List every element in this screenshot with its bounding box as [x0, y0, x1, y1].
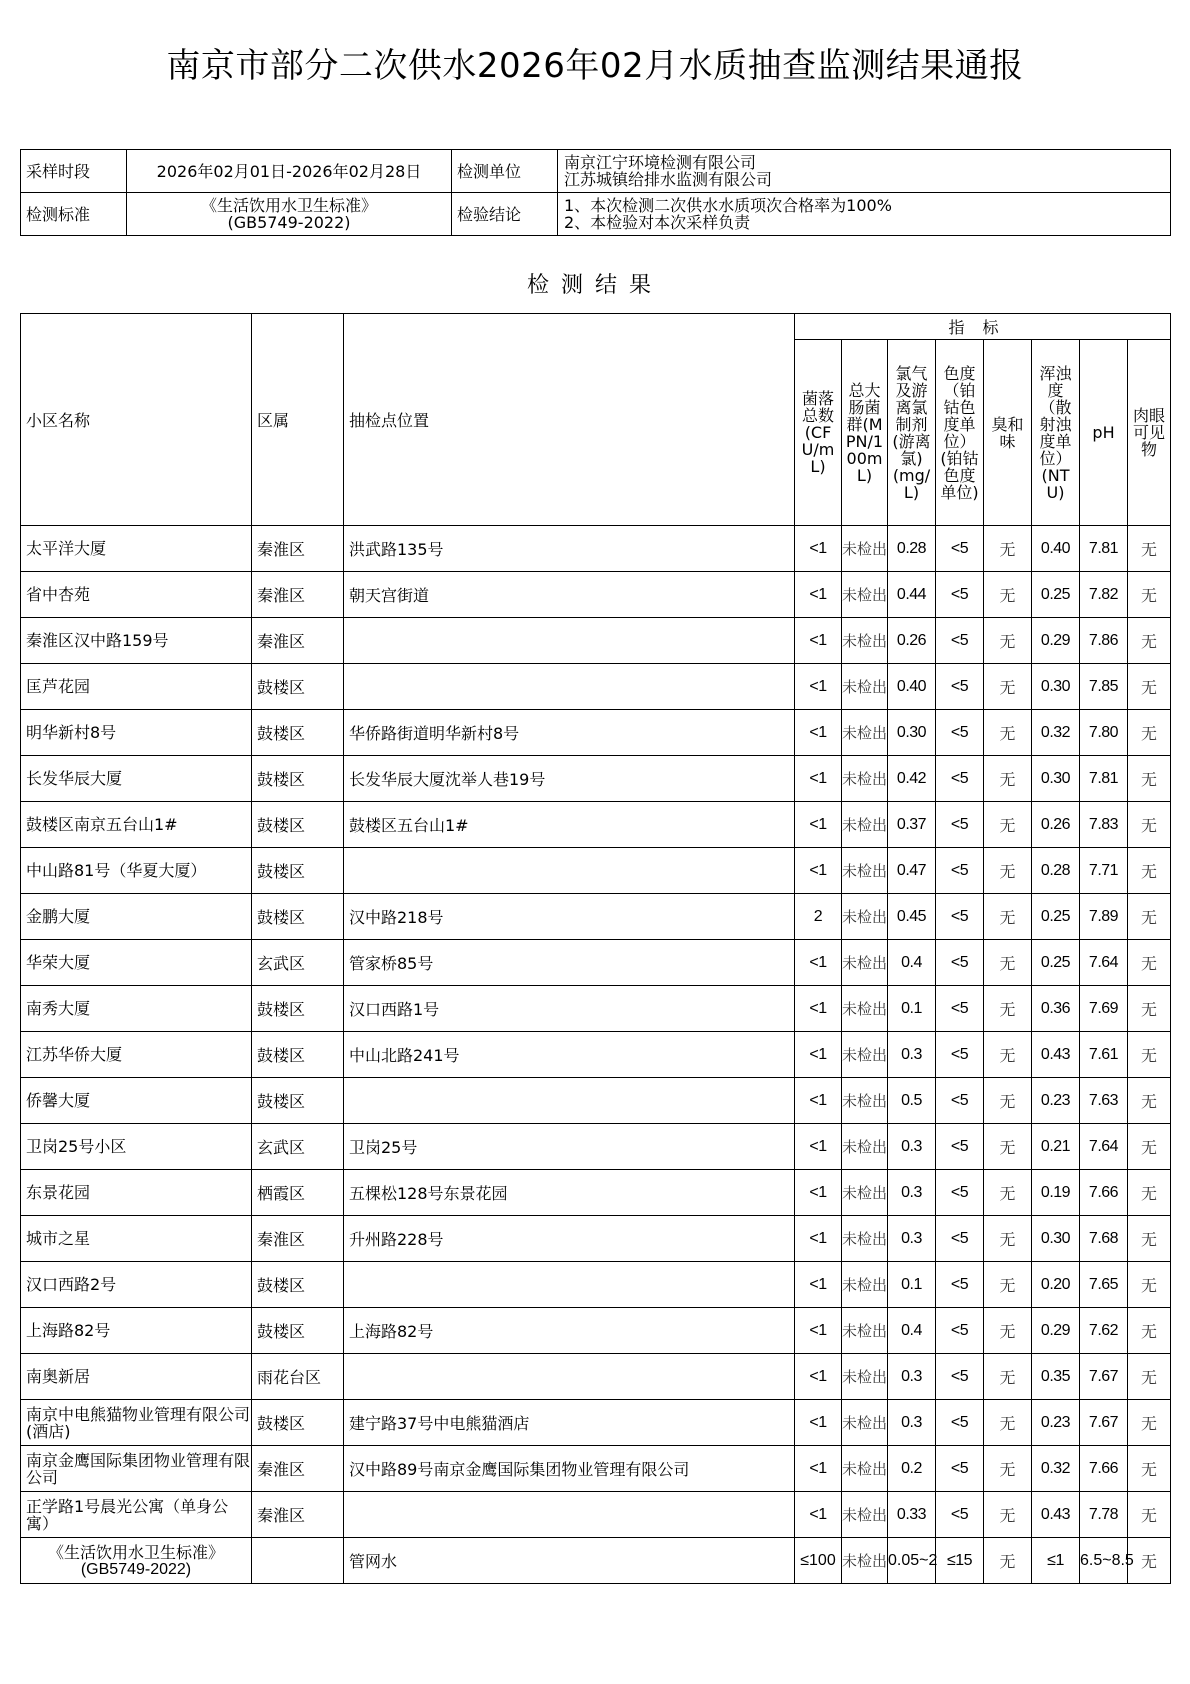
- cell-name: 金鹏大厦: [21, 894, 252, 940]
- sampling-period-label: 采样时段: [21, 150, 127, 193]
- cell-name: 侨馨大厦: [21, 1078, 252, 1124]
- cell-turbidity: 0.25: [1032, 572, 1080, 618]
- table-row: 南京中电熊猫物业管理有限公司(酒店) 鼓楼区 建宁路37号中电熊猫酒店 <1 未…: [21, 1400, 1171, 1446]
- cell-color: <5: [936, 664, 984, 710]
- cell-coliform: 未检出: [842, 1078, 888, 1124]
- cell-chlorine: 0.1: [888, 986, 936, 1032]
- table-row: 汉口西路2号 鼓楼区 <1 未检出 0.1 <5 无 0.20 7.65 无: [21, 1262, 1171, 1308]
- cell-name: 中山路81号（华夏大厦）: [21, 848, 252, 894]
- table-row: 东景花园 栖霞区 五棵松128号东景花园 <1 未检出 0.3 <5 无 0.1…: [21, 1170, 1171, 1216]
- cell-visible: 无: [1128, 1492, 1171, 1538]
- cell-name: 江苏华侨大厦: [21, 1032, 252, 1078]
- table-row: 中山路81号（华夏大厦） 鼓楼区 <1 未检出 0.47 <5 无 0.28 7…: [21, 848, 1171, 894]
- cell-colony: <1: [795, 664, 842, 710]
- cell-name: 汉口西路2号: [21, 1262, 252, 1308]
- standard-line2: (GB5749-2022): [127, 214, 451, 231]
- standard-label: 检测标准: [21, 193, 127, 236]
- cell-coliform: 未检出: [842, 848, 888, 894]
- table-row: 卫岗25号小区 玄武区 卫岗25号 <1 未检出 0.3 <5 无 0.21 7…: [21, 1124, 1171, 1170]
- col-header-indicators: 指标: [795, 314, 1171, 340]
- cell-visible: 无: [1128, 710, 1171, 756]
- cell-turbidity: 0.30: [1032, 1216, 1080, 1262]
- cell-color: <5: [936, 802, 984, 848]
- cell-visible: 无: [1128, 986, 1171, 1032]
- cell-color: <5: [936, 1262, 984, 1308]
- standard-row-name: 《生活饮用水卫生标准》 (GB5749-2022): [21, 1538, 252, 1584]
- cell-color: <5: [936, 1032, 984, 1078]
- cell-district: 雨花台区: [252, 1354, 344, 1400]
- cell-visible: 无: [1128, 1032, 1171, 1078]
- standard-row-name-line1: 《生活饮用水卫生标准》: [21, 1544, 251, 1561]
- cell-colony: <1: [795, 940, 842, 986]
- cell-name: 上海路82号: [21, 1308, 252, 1354]
- cell-name: 卫岗25号小区: [21, 1124, 252, 1170]
- cell-colony: <1: [795, 1354, 842, 1400]
- cell-odor: 无: [984, 1078, 1032, 1124]
- cell-district: 栖霞区: [252, 1170, 344, 1216]
- cell-location: [344, 618, 795, 664]
- cell-odor: 无: [984, 1032, 1032, 1078]
- standard-row-chlorine: 0.05~2: [888, 1538, 936, 1584]
- cell-district: 鼓楼区: [252, 1400, 344, 1446]
- cell-district: 秦淮区: [252, 1446, 344, 1492]
- cell-colony: <1: [795, 1446, 842, 1492]
- cell-visible: 无: [1128, 618, 1171, 664]
- cell-district: 秦淮区: [252, 572, 344, 618]
- cell-odor: 无: [984, 1170, 1032, 1216]
- cell-chlorine: 0.3: [888, 1170, 936, 1216]
- cell-location: 中山北路241号: [344, 1032, 795, 1078]
- cell-odor: 无: [984, 664, 1032, 710]
- cell-ph: 7.82: [1080, 572, 1128, 618]
- cell-colony: <1: [795, 618, 842, 664]
- cell-ph: 7.65: [1080, 1262, 1128, 1308]
- cell-location: 朝天宫街道: [344, 572, 795, 618]
- cell-ph: 7.83: [1080, 802, 1128, 848]
- cell-chlorine: 0.40: [888, 664, 936, 710]
- cell-chlorine: 0.28: [888, 526, 936, 572]
- cell-chlorine: 0.33: [888, 1492, 936, 1538]
- cell-name: 太平洋大厦: [21, 526, 252, 572]
- cell-coliform: 未检出: [842, 940, 888, 986]
- table-row: 上海路82号 鼓楼区 上海路82号 <1 未检出 0.4 <5 无 0.29 7…: [21, 1308, 1171, 1354]
- cell-visible: 无: [1128, 1216, 1171, 1262]
- cell-turbidity: 0.23: [1032, 1078, 1080, 1124]
- cell-district: 秦淮区: [252, 526, 344, 572]
- cell-color: <5: [936, 1216, 984, 1262]
- cell-visible: 无: [1128, 1262, 1171, 1308]
- cell-chlorine: 0.26: [888, 618, 936, 664]
- table-row: 鼓楼区南京五台山1# 鼓楼区 鼓楼区五台山1# <1 未检出 0.37 <5 无…: [21, 802, 1171, 848]
- cell-colony: <1: [795, 526, 842, 572]
- cell-location: 升州路228号: [344, 1216, 795, 1262]
- cell-location: 汉中路218号: [344, 894, 795, 940]
- cell-colony: <1: [795, 1492, 842, 1538]
- cell-name: 长发华辰大厦: [21, 756, 252, 802]
- cell-color: <5: [936, 848, 984, 894]
- cell-ph: 7.64: [1080, 940, 1128, 986]
- cell-odor: 无: [984, 1446, 1032, 1492]
- testing-unit-line1: 南京江宁环境检测有限公司: [564, 154, 1170, 171]
- cell-coliform: 未检出: [842, 1446, 888, 1492]
- cell-name: 南秀大厦: [21, 986, 252, 1032]
- cell-ph: 7.68: [1080, 1216, 1128, 1262]
- table-row: 侨馨大厦 鼓楼区 <1 未检出 0.5 <5 无 0.23 7.63 无: [21, 1078, 1171, 1124]
- cell-chlorine: 0.3: [888, 1354, 936, 1400]
- testing-unit-label: 检测单位: [452, 150, 558, 193]
- cell-color: <5: [936, 1354, 984, 1400]
- cell-coliform: 未检出: [842, 1400, 888, 1446]
- cell-colony: <1: [795, 710, 842, 756]
- cell-color: <5: [936, 710, 984, 756]
- cell-district: 秦淮区: [252, 1216, 344, 1262]
- cell-odor: 无: [984, 710, 1032, 756]
- table-row: 华荣大厦 玄武区 管家桥85号 <1 未检出 0.4 <5 无 0.25 7.6…: [21, 940, 1171, 986]
- table-row: 太平洋大厦 秦淮区 洪武路135号 <1 未检出 0.28 <5 无 0.40 …: [21, 526, 1171, 572]
- cell-color: <5: [936, 1446, 984, 1492]
- cell-location: [344, 664, 795, 710]
- cell-coliform: 未检出: [842, 986, 888, 1032]
- table-row: 省中杏苑 秦淮区 朝天宫街道 <1 未检出 0.44 <5 无 0.25 7.8…: [21, 572, 1171, 618]
- cell-color: <5: [936, 526, 984, 572]
- cell-ph: 7.66: [1080, 1446, 1128, 1492]
- cell-color: <5: [936, 756, 984, 802]
- cell-odor: 无: [984, 572, 1032, 618]
- cell-visible: 无: [1128, 1308, 1171, 1354]
- standard-row-coliform: 未检出: [842, 1538, 888, 1584]
- cell-turbidity: 0.32: [1032, 710, 1080, 756]
- cell-coliform: 未检出: [842, 664, 888, 710]
- cell-district: 鼓楼区: [252, 802, 344, 848]
- cell-ph: 7.85: [1080, 664, 1128, 710]
- cell-chlorine: 0.3: [888, 1124, 936, 1170]
- col-header-ph: pH: [1080, 340, 1128, 526]
- cell-district: 鼓楼区: [252, 986, 344, 1032]
- cell-turbidity: 0.30: [1032, 664, 1080, 710]
- cell-ph: 7.64: [1080, 1124, 1128, 1170]
- cell-location: [344, 1078, 795, 1124]
- cell-district: 玄武区: [252, 1124, 344, 1170]
- cell-turbidity: 0.19: [1032, 1170, 1080, 1216]
- cell-location: 鼓楼区五台山1#: [344, 802, 795, 848]
- cell-ph: 7.81: [1080, 526, 1128, 572]
- cell-location: 长发华辰大厦沈举人巷19号: [344, 756, 795, 802]
- cell-coliform: 未检出: [842, 1216, 888, 1262]
- cell-colony: <1: [795, 756, 842, 802]
- cell-odor: 无: [984, 940, 1032, 986]
- cell-ph: 7.63: [1080, 1078, 1128, 1124]
- cell-visible: 无: [1128, 526, 1171, 572]
- cell-chlorine: 0.4: [888, 1308, 936, 1354]
- table-row: 金鹏大厦 鼓楼区 汉中路218号 2 未检出 0.45 <5 无 0.25 7.…: [21, 894, 1171, 940]
- cell-location: 华侨路街道明华新村8号: [344, 710, 795, 756]
- cell-colony: <1: [795, 802, 842, 848]
- cell-turbidity: 0.30: [1032, 756, 1080, 802]
- cell-name: 明华新村8号: [21, 710, 252, 756]
- table-row: 城市之星 秦淮区 升州路228号 <1 未检出 0.3 <5 无 0.30 7.…: [21, 1216, 1171, 1262]
- cell-color: <5: [936, 894, 984, 940]
- cell-turbidity: 0.23: [1032, 1400, 1080, 1446]
- standard-row-ph: 6.5~8.5: [1080, 1538, 1128, 1584]
- cell-name: 城市之星: [21, 1216, 252, 1262]
- report-info-table: 采样时段 2026年02月01日-2026年02月28日 检测单位 南京江宁环境…: [20, 149, 1171, 236]
- cell-color: <5: [936, 618, 984, 664]
- cell-chlorine: 0.3: [888, 1032, 936, 1078]
- info-row-standard: 检测标准 《生活饮用水卫生标准》 (GB5749-2022) 检验结论 1、本次…: [21, 193, 1171, 236]
- cell-coliform: 未检出: [842, 710, 888, 756]
- cell-district: 鼓楼区: [252, 710, 344, 756]
- col-header-district: 区属: [252, 314, 344, 526]
- cell-colony: <1: [795, 1124, 842, 1170]
- table-row: 南京金鹰国际集团物业管理有限公司 秦淮区 汉中路89号南京金鹰国际集团物业管理有…: [21, 1446, 1171, 1492]
- cell-district: 鼓楼区: [252, 1308, 344, 1354]
- cell-location: [344, 1354, 795, 1400]
- cell-name: 鼓楼区南京五台山1#: [21, 802, 252, 848]
- cell-ph: 7.86: [1080, 618, 1128, 664]
- cell-color: <5: [936, 572, 984, 618]
- cell-visible: 无: [1128, 1124, 1171, 1170]
- table-row: 匡芦花园 鼓楼区 <1 未检出 0.40 <5 无 0.30 7.85 无: [21, 664, 1171, 710]
- cell-colony: <1: [795, 1032, 842, 1078]
- cell-district: 鼓楼区: [252, 894, 344, 940]
- cell-colony: <1: [795, 1400, 842, 1446]
- cell-coliform: 未检出: [842, 756, 888, 802]
- table-row: 南秀大厦 鼓楼区 汉口西路1号 <1 未检出 0.1 <5 无 0.36 7.6…: [21, 986, 1171, 1032]
- conclusion-line2: 2、本检验对本次采样负责: [564, 214, 1170, 231]
- cell-colony: <1: [795, 1170, 842, 1216]
- cell-odor: 无: [984, 1492, 1032, 1538]
- cell-colony: <1: [795, 1216, 842, 1262]
- standard-row-location: 管网水: [344, 1538, 795, 1584]
- cell-district: 鼓楼区: [252, 756, 344, 802]
- cell-visible: 无: [1128, 1170, 1171, 1216]
- header-row-top: 小区名称 区属 抽检点位置 指标: [21, 314, 1171, 340]
- standard-row-district: [252, 1538, 344, 1584]
- cell-turbidity: 0.43: [1032, 1492, 1080, 1538]
- cell-chlorine: 0.30: [888, 710, 936, 756]
- col-header-turbidity: 浑浊度（散射浊度单位）(NTU): [1032, 340, 1080, 526]
- cell-location: 卫岗25号: [344, 1124, 795, 1170]
- standard-row-color: ≤15: [936, 1538, 984, 1584]
- cell-name: 南奥新居: [21, 1354, 252, 1400]
- cell-coliform: 未检出: [842, 802, 888, 848]
- cell-turbidity: 0.36: [1032, 986, 1080, 1032]
- cell-district: 鼓楼区: [252, 1078, 344, 1124]
- cell-location: [344, 1492, 795, 1538]
- col-header-colony: 菌落总数(CFU/mL): [795, 340, 842, 526]
- cell-ph: 7.67: [1080, 1354, 1128, 1400]
- cell-turbidity: 0.29: [1032, 1308, 1080, 1354]
- cell-color: <5: [936, 1078, 984, 1124]
- cell-name: 秦淮区汉中路159号: [21, 618, 252, 664]
- cell-color: <5: [936, 940, 984, 986]
- results-table: 小区名称 区属 抽检点位置 指标 菌落总数(CFU/mL) 总大肠菌群(MPN/…: [20, 313, 1171, 1584]
- cell-ph: 7.61: [1080, 1032, 1128, 1078]
- report-title: 南京市部分二次供水2026年02月水质抽查监测结果通报: [0, 38, 1190, 87]
- cell-location: 五棵松128号东景花园: [344, 1170, 795, 1216]
- cell-location: 洪武路135号: [344, 526, 795, 572]
- standard-line1: 《生活饮用水卫生标准》: [127, 197, 451, 214]
- cell-turbidity: 0.43: [1032, 1032, 1080, 1078]
- cell-visible: 无: [1128, 848, 1171, 894]
- cell-visible: 无: [1128, 756, 1171, 802]
- cell-odor: 无: [984, 1400, 1032, 1446]
- cell-coliform: 未检出: [842, 1354, 888, 1400]
- cell-coliform: 未检出: [842, 1308, 888, 1354]
- cell-turbidity: 0.40: [1032, 526, 1080, 572]
- sampling-period-value: 2026年02月01日-2026年02月28日: [127, 150, 452, 193]
- cell-turbidity: 0.20: [1032, 1262, 1080, 1308]
- cell-color: <5: [936, 1170, 984, 1216]
- cell-name: 南京中电熊猫物业管理有限公司(酒店): [21, 1400, 252, 1446]
- cell-visible: 无: [1128, 1354, 1171, 1400]
- cell-name: 南京金鹰国际集团物业管理有限公司: [21, 1446, 252, 1492]
- cell-chlorine: 0.3: [888, 1216, 936, 1262]
- cell-coliform: 未检出: [842, 1492, 888, 1538]
- cell-chlorine: 0.1: [888, 1262, 936, 1308]
- cell-turbidity: 0.25: [1032, 940, 1080, 986]
- cell-ph: 7.78: [1080, 1492, 1128, 1538]
- testing-unit-value: 南京江宁环境检测有限公司 江苏城镇给排水监测有限公司: [558, 150, 1171, 193]
- conclusion-value: 1、本次检测二次供水水质项次合格率为100% 2、本检验对本次采样负责: [558, 193, 1171, 236]
- cell-location: 管家桥85号: [344, 940, 795, 986]
- cell-visible: 无: [1128, 940, 1171, 986]
- cell-coliform: 未检出: [842, 1262, 888, 1308]
- cell-turbidity: 0.35: [1032, 1354, 1080, 1400]
- cell-colony: <1: [795, 1308, 842, 1354]
- cell-chlorine: 0.47: [888, 848, 936, 894]
- table-row: 明华新村8号 鼓楼区 华侨路街道明华新村8号 <1 未检出 0.30 <5 无 …: [21, 710, 1171, 756]
- cell-visible: 无: [1128, 894, 1171, 940]
- cell-odor: 无: [984, 848, 1032, 894]
- cell-coliform: 未检出: [842, 894, 888, 940]
- cell-ph: 7.69: [1080, 986, 1128, 1032]
- col-header-color: 色度（铂钴色度单位）(铂钴色度单位): [936, 340, 984, 526]
- standard-row-name-line2: (GB5749-2022): [21, 1561, 251, 1578]
- info-row-period: 采样时段 2026年02月01日-2026年02月28日 检测单位 南京江宁环境…: [21, 150, 1171, 193]
- standard-row-odor: 无: [984, 1538, 1032, 1584]
- cell-odor: 无: [984, 618, 1032, 664]
- cell-color: <5: [936, 1400, 984, 1446]
- cell-odor: 无: [984, 756, 1032, 802]
- cell-district: 鼓楼区: [252, 848, 344, 894]
- cell-visible: 无: [1128, 572, 1171, 618]
- cell-chlorine: 0.42: [888, 756, 936, 802]
- cell-district: 鼓楼区: [252, 664, 344, 710]
- cell-ph: 7.80: [1080, 710, 1128, 756]
- col-header-odor: 臭和味: [984, 340, 1032, 526]
- table-row: 江苏华侨大厦 鼓楼区 中山北路241号 <1 未检出 0.3 <5 无 0.43…: [21, 1032, 1171, 1078]
- cell-chlorine: 0.37: [888, 802, 936, 848]
- cell-ph: 7.66: [1080, 1170, 1128, 1216]
- cell-turbidity: 0.28: [1032, 848, 1080, 894]
- cell-ph: 7.81: [1080, 756, 1128, 802]
- cell-chlorine: 0.4: [888, 940, 936, 986]
- cell-odor: 无: [984, 526, 1032, 572]
- cell-district: 秦淮区: [252, 1492, 344, 1538]
- cell-odor: 无: [984, 1262, 1032, 1308]
- cell-chlorine: 0.45: [888, 894, 936, 940]
- testing-unit-line2: 江苏城镇给排水监测有限公司: [564, 171, 1170, 188]
- standard-value: 《生活饮用水卫生标准》 (GB5749-2022): [127, 193, 452, 236]
- cell-odor: 无: [984, 1354, 1032, 1400]
- cell-ph: 7.71: [1080, 848, 1128, 894]
- cell-visible: 无: [1128, 1400, 1171, 1446]
- table-row: 长发华辰大厦 鼓楼区 长发华辰大厦沈举人巷19号 <1 未检出 0.42 <5 …: [21, 756, 1171, 802]
- results-body: 太平洋大厦 秦淮区 洪武路135号 <1 未检出 0.28 <5 无 0.40 …: [21, 526, 1171, 1538]
- cell-location: 汉口西路1号: [344, 986, 795, 1032]
- section-title: 检测结果: [0, 268, 1190, 299]
- cell-coliform: 未检出: [842, 1124, 888, 1170]
- table-row: 南奥新居 雨花台区 <1 未检出 0.3 <5 无 0.35 7.67 无: [21, 1354, 1171, 1400]
- cell-turbidity: 0.25: [1032, 894, 1080, 940]
- conclusion-label: 检验结论: [452, 193, 558, 236]
- col-header-chlorine: 氯气及游离氯制剂(游离氯)(mg/L): [888, 340, 936, 526]
- cell-ph: 7.89: [1080, 894, 1128, 940]
- cell-name: 正学路1号晨光公寓（单身公寓）: [21, 1492, 252, 1538]
- cell-turbidity: 0.32: [1032, 1446, 1080, 1492]
- cell-location: [344, 1262, 795, 1308]
- cell-odor: 无: [984, 986, 1032, 1032]
- cell-ph: 7.67: [1080, 1400, 1128, 1446]
- standard-row-colony: ≤100: [795, 1538, 842, 1584]
- cell-color: <5: [936, 1492, 984, 1538]
- cell-district: 玄武区: [252, 940, 344, 986]
- cell-odor: 无: [984, 894, 1032, 940]
- col-header-name: 小区名称: [21, 314, 252, 526]
- col-header-coliform: 总大肠菌群(MPN/100mL): [842, 340, 888, 526]
- cell-colony: <1: [795, 986, 842, 1032]
- cell-odor: 无: [984, 802, 1032, 848]
- cell-chlorine: 0.2: [888, 1446, 936, 1492]
- cell-color: <5: [936, 1308, 984, 1354]
- standard-row-turbidity: ≤1: [1032, 1538, 1080, 1584]
- cell-location: 上海路82号: [344, 1308, 795, 1354]
- cell-coliform: 未检出: [842, 618, 888, 664]
- cell-coliform: 未检出: [842, 572, 888, 618]
- cell-turbidity: 0.26: [1032, 802, 1080, 848]
- cell-location: 汉中路89号南京金鹰国际集团物业管理有限公司: [344, 1446, 795, 1492]
- cell-name: 华荣大厦: [21, 940, 252, 986]
- standard-row: 《生活饮用水卫生标准》 (GB5749-2022) 管网水 ≤100 未检出 0…: [21, 1538, 1171, 1584]
- conclusion-line1: 1、本次检测二次供水水质项次合格率为100%: [564, 197, 1170, 214]
- cell-chlorine: 0.3: [888, 1400, 936, 1446]
- cell-name: 东景花园: [21, 1170, 252, 1216]
- cell-chlorine: 0.44: [888, 572, 936, 618]
- cell-turbidity: 0.29: [1032, 618, 1080, 664]
- cell-colony: <1: [795, 848, 842, 894]
- cell-color: <5: [936, 986, 984, 1032]
- cell-colony: <1: [795, 1262, 842, 1308]
- cell-coliform: 未检出: [842, 526, 888, 572]
- cell-odor: 无: [984, 1216, 1032, 1262]
- table-row: 正学路1号晨光公寓（单身公寓） 秦淮区 <1 未检出 0.33 <5 无 0.4…: [21, 1492, 1171, 1538]
- cell-location: [344, 848, 795, 894]
- cell-color: <5: [936, 1124, 984, 1170]
- cell-colony: <1: [795, 572, 842, 618]
- cell-visible: 无: [1128, 802, 1171, 848]
- cell-ph: 7.62: [1080, 1308, 1128, 1354]
- cell-name: 匡芦花园: [21, 664, 252, 710]
- cell-visible: 无: [1128, 1078, 1171, 1124]
- cell-district: 秦淮区: [252, 618, 344, 664]
- cell-coliform: 未检出: [842, 1032, 888, 1078]
- col-header-location: 抽检点位置: [344, 314, 795, 526]
- cell-coliform: 未检出: [842, 1170, 888, 1216]
- cell-chlorine: 0.5: [888, 1078, 936, 1124]
- col-header-visible: 肉眼可见物: [1128, 340, 1171, 526]
- cell-odor: 无: [984, 1124, 1032, 1170]
